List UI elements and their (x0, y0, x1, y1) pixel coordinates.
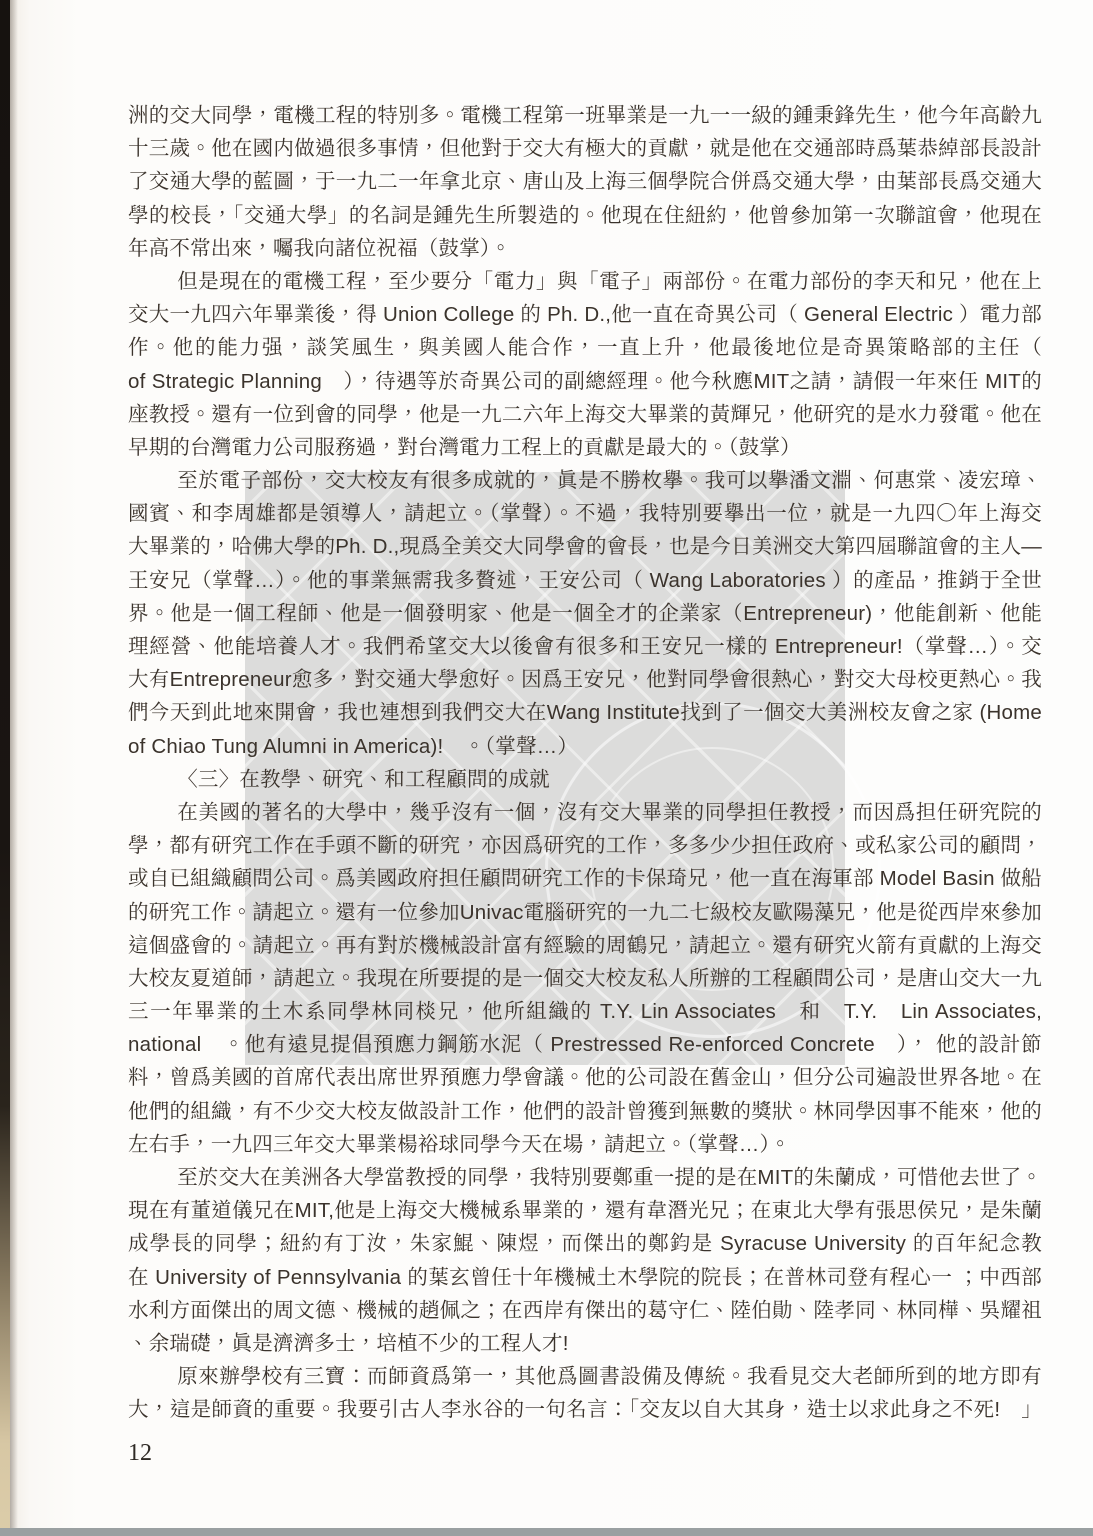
text-line: 大有Entrepreneur愈多，對交通大學愈好。因爲王安兄，他對同學會很熱心，… (128, 663, 1042, 696)
text-line: 〈三〉在教學、研究、和工程顧問的成就 (128, 763, 1042, 796)
text-line: 現在有董道儀兄在MIT,他是上海交大機械系畢業的，還有韋潛光兄；在東北大學有張思… (128, 1194, 1042, 1227)
text-line: national 。他有遠見提倡預應力鋼筋水泥（ Prestressed Re-… (128, 1028, 1042, 1061)
text-line: 成學長的同學；紐約有丁汝，朱家鯤、陳煜，而傑出的鄭鈞是 Syracuse Uni… (128, 1227, 1042, 1260)
text-line: 王安兄（掌聲…）。他的事業無需我多贅述，王安公司（ Wang Laborator… (128, 564, 1042, 597)
text-line: 學的校長，「交通大學」的名詞是鍾先生所製造的。他現在住紐約，他曾參加第一次聯誼會… (128, 199, 1042, 232)
text-line: of Strategic Planning ），待遇等於奇異公司的副總經理。他今… (128, 365, 1042, 398)
text-line: 這個盛會的。請起立。再有對於機械設計富有經驗的周鶴兄，請起立。還有研究火箭有貢獻… (128, 929, 1042, 962)
scan-left-edge (0, 0, 10, 1536)
text-line: 左右手，一九四三年交大畢業楊裕球同學今天在場，請起立。（掌聲…）。 (128, 1128, 1042, 1161)
text-line: 年高不常出來，囑我向諸位祝福（鼓掌）。 (128, 232, 1042, 265)
text-line: 在美國的著名的大學中，幾乎沒有一個，沒有交大畢業的同學担任教授，而因爲担任研究院… (128, 796, 1042, 829)
text-line: 或自已組織顧問公司。爲美國政府担任顧問研究工作的卡保琦兄，他一直在海軍部 Mod… (128, 862, 1042, 895)
text-line: 國賓、和李周雄都是領導人，請起立。（掌聲）。不過，我特別要擧出一位，就是一九四〇… (128, 497, 1042, 530)
text-line: 學，都有研究工作在手頭不斷的研究，亦因爲研究的工作，多多少少担任政府、或私家公司… (128, 829, 1042, 862)
text-line: 界。他是一個工程師、他是一個發明家、他是一個全才的企業家（Entrepreneu… (128, 597, 1042, 630)
text-line: 們今天到此地來開會，我也連想到我們交大在Wang Institute找到了一個交… (128, 696, 1042, 729)
text-line: 了交通大學的藍圖，于一九二一年拿北京、唐山及上海三個學院合併爲交通大學，由葉部長… (128, 165, 1042, 198)
text-line: 大校友夏道師，請起立。我現在所要提的是一個交大校友私人所辦的工程顧問公司，是唐山… (128, 962, 1042, 995)
text-line: 、余瑞礎，眞是濟濟多士，培植不少的工程人才! (128, 1327, 1042, 1360)
text-line: 座教授。還有一位到會的同學，他是一九二六年上海交大畢業的黃輝兄，他研究的是水力發… (128, 398, 1042, 431)
text-line: 至於電子部份，交大校友有很多成就的，眞是不勝枚擧。我可以擧潘文淵、何惠棠、凌宏璋… (128, 464, 1042, 497)
scan-left-edge-shadow (10, 0, 18, 1536)
text-line: 理經營、他能培養人才。我們希望交大以後會有很多和王安兄一樣的 Entrepren… (128, 630, 1042, 663)
text-line: 十三歲。他在國内做過很多事情，但他對于交大有極大的貢獻，就是他在交通部時爲葉恭綽… (128, 132, 1042, 165)
text-line: 大畢業的，哈佛大學的Ph. D.,現爲全美交大同學會的會長，也是今日美洲交大第四… (128, 530, 1042, 563)
text-line: 原來辦學校有三寶：而師資爲第一，其他爲圖書設備及傳統。我看見交大老師所到的地方即… (128, 1360, 1042, 1393)
text-line: 洲的交大同學，電機工程的特別多。電機工程第一班畢業是一九一一級的鍾秉鋒先生，他今… (128, 99, 1042, 132)
text-line: 至於交大在美洲各大學當教授的同學，我特別要鄭重一提的是在MIT的朱蘭成，可惜他去… (128, 1161, 1042, 1194)
scan-bottom-edge (0, 1528, 1093, 1536)
text-line: 的研究工作。請起立。還有一位參加Univac電腦研究的一九二七級校友歐陽藻兄，他… (128, 896, 1042, 929)
page-number: 12 (128, 1440, 152, 1467)
scanned-document-page: 洲的交大同學，電機工程的特別多。電機工程第一班畢業是一九一一級的鍾秉鋒先生，他今… (0, 0, 1093, 1536)
text-line: 料，曾爲美國的首席代表出席世界預應力學會議。他的公司設在舊金山，但分公司遍設世界… (128, 1061, 1042, 1094)
text-line: 大，這是師資的重要。我要引古人李氷谷的一句名言：「交友以自大其身，造士以求此身之… (128, 1393, 1042, 1426)
document-text-block: 洲的交大同學，電機工程的特別多。電機工程第一班畢業是一九一一級的鍾秉鋒先生，他今… (128, 99, 1042, 1427)
text-line: 早期的台灣電力公司服務過，對台灣電力工程上的貢獻是最大的。（鼓掌） (128, 431, 1042, 464)
text-line: 作。他的能力强，談笑風生，與美國人能合作，一直上升，他最後地位是奇異策略部的主任… (128, 331, 1042, 364)
text-line: 水利方面傑出的周文德、機械的趙佩之；在西岸有傑出的葛守仁、陸伯勛、陸孝同、林同樺… (128, 1294, 1042, 1327)
text-line: 三一年畢業的土木系同學林同棪兄，他所組織的 T.Y. Lin Associate… (128, 995, 1042, 1028)
text-line: 但是現在的電機工程，至少要分「電力」與「電子」兩部份。在電力部份的李天和兄，他在… (128, 265, 1042, 298)
text-line: 他們的組織，有不少交大校友做設計工作，他們的設計曾獲到無數的獎狀。林同學因事不能… (128, 1095, 1042, 1128)
text-line: 在 University of Pennsylvania 的葉玄曾任十年機械土木… (128, 1261, 1042, 1294)
text-line: of Chiao Tung Alumni in America)! 。（掌聲…） (128, 730, 1042, 763)
text-line: 交大一九四六年畢業後，得 Union College 的 Ph. D.,他一直在… (128, 298, 1042, 331)
